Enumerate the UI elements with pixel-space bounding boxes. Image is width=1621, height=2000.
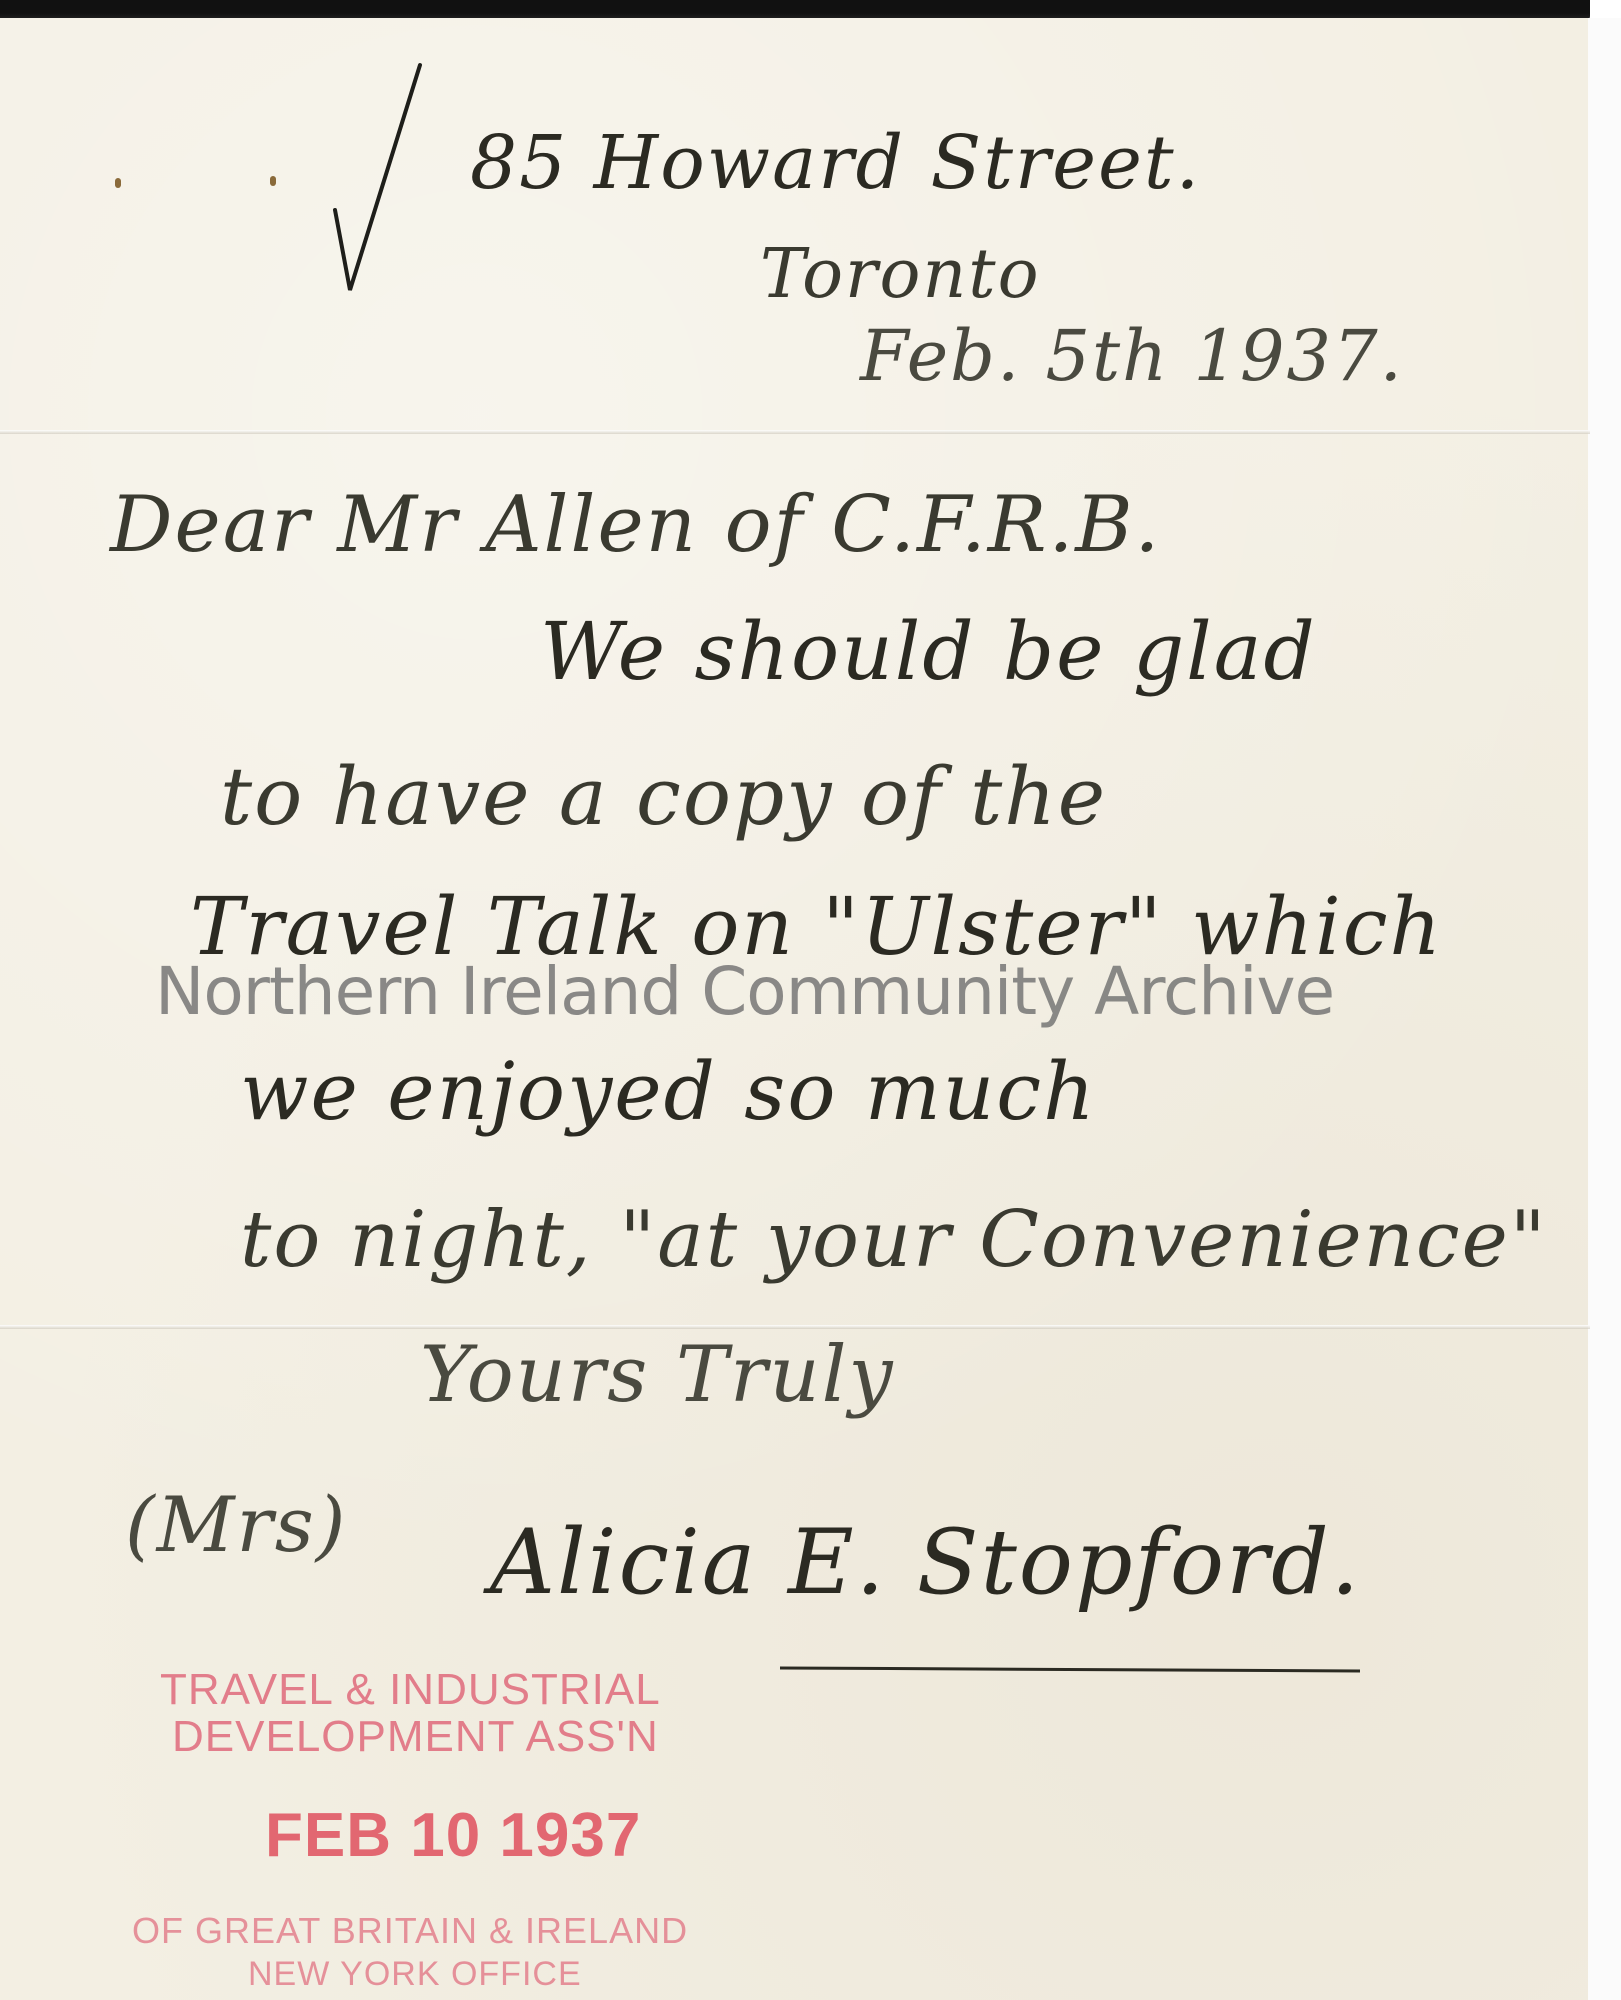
body-line: we enjoyed so much: [240, 1045, 1097, 1138]
address-street: 85 Howard Street.: [470, 120, 1201, 206]
closing: Yours Truly: [420, 1330, 895, 1420]
scan-margin: [1588, 18, 1621, 2000]
body-line: to have a copy of the: [220, 750, 1107, 843]
check-mark-icon: [320, 60, 430, 300]
paper-fold-line: [0, 1325, 1590, 1329]
punch-mark: [270, 176, 276, 186]
body-line: to night, "at your Convenience": [240, 1195, 1548, 1285]
signature-prefix: (Mrs): [125, 1480, 347, 1569]
address-city: Toronto: [760, 235, 1041, 314]
letter-date: Feb. 5th 1937.: [860, 315, 1404, 397]
stamp-line-2: DEVELOPMENT ASS'N: [172, 1712, 659, 1762]
stamp-date: FEB 10 1937: [265, 1800, 641, 1871]
body-line: We should be glad: [540, 605, 1317, 698]
signature: Alicia E. Stopford.: [490, 1510, 1361, 1615]
stamp-line-3: OF GREAT BRITAIN & IRELAND: [132, 1910, 688, 1952]
punch-mark: [115, 178, 121, 188]
paper-fold-line: [0, 430, 1590, 434]
archive-watermark: Northern Ireland Community Archive: [155, 953, 1334, 1030]
stamp-line-4: NEW YORK OFFICE: [248, 1955, 582, 1994]
stamp-line-1: TRAVEL & INDUSTRIAL: [160, 1665, 661, 1715]
salutation: Dear Mr Allen of C.F.R.B.: [110, 480, 1161, 570]
